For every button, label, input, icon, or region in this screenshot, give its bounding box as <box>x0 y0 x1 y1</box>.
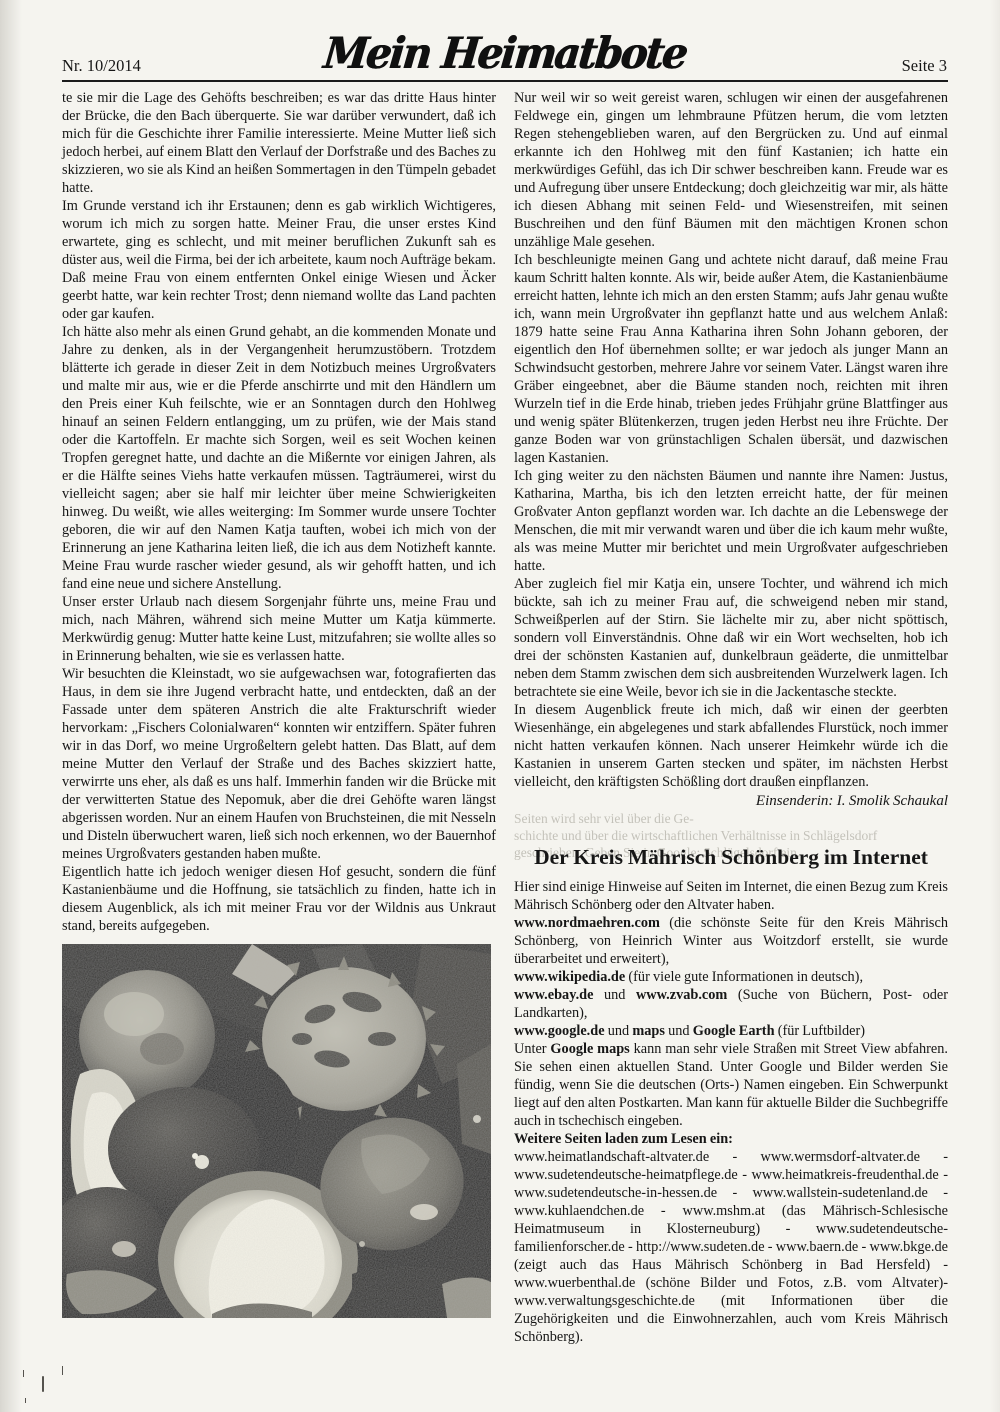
right-column: Nur weil wir so weit gereist waren, schl… <box>514 89 948 1346</box>
header-rule <box>62 80 948 82</box>
section-headline: Der Kreis Mährisch Schönberg im Internet <box>514 844 948 870</box>
scan-artifact <box>23 1370 24 1377</box>
scan-artifact <box>62 1366 63 1375</box>
internet-paragraph: Weitere Seiten laden zum Lesen ein: <box>514 1130 948 1148</box>
right-column-text: Nur weil wir so weit gereist waren, schl… <box>514 89 948 791</box>
internet-paragraph: www.heimatlandschaft-altvater.de - www.w… <box>514 1148 948 1346</box>
article-paragraph: In diesem Augenblick freute ich mich, da… <box>514 701 948 791</box>
article-paragraph: Nur weil wir so weit gereist waren, schl… <box>514 89 948 251</box>
issue-number: Nr. 10/2014 <box>62 56 141 76</box>
internet-paragraph: www.wikipedia.de (für viele gute Informa… <box>514 968 948 986</box>
internet-paragraph: www.google.de und maps und Google Earth … <box>514 1022 948 1040</box>
internet-section-text: Hier sind einige Hinweise auf Seiten im … <box>514 878 948 1346</box>
chestnut-photo-image <box>62 944 491 1318</box>
scan-artifact <box>25 1398 26 1403</box>
show-through-text: Seiten wird sehr viel über die Ge-schich… <box>514 810 948 844</box>
scan-artifact <box>42 1376 44 1392</box>
left-column-text: te sie mir die Lage des Gehöfts beschrei… <box>62 89 496 935</box>
article-columns: te sie mir die Lage des Gehöfts beschrei… <box>62 89 948 1346</box>
article-paragraph: Eigentlich hatte ich jedoch weniger dies… <box>62 863 496 935</box>
show-through-line: schichte und über die wirtschaftlichen V… <box>514 827 948 844</box>
internet-paragraph: Hier sind einige Hinweise auf Seiten im … <box>514 878 948 914</box>
page-number: Seite 3 <box>902 56 947 76</box>
byline: Einsenderin: I. Smolik Schaukal <box>514 792 948 810</box>
newspaper-page: Nr. 10/2014 Mein Heimatbote Seite 3 te s… <box>0 0 1000 1412</box>
show-through-line: Seiten wird sehr viel über die Ge- <box>514 810 948 827</box>
article-paragraph: Im Grunde verstand ich ihr Erstaunen; de… <box>62 197 496 323</box>
chestnut-photo <box>62 944 491 1318</box>
internet-paragraph: www.ebay.de und www.zvab.com (Suche von … <box>514 986 948 1022</box>
masthead-logo: Mein Heimatbote <box>321 28 688 79</box>
internet-paragraph: www.nordmaehren.com (die schönste Seite … <box>514 914 948 968</box>
page-header: Nr. 10/2014 Mein Heimatbote Seite 3 <box>62 28 947 78</box>
article-paragraph: te sie mir die Lage des Gehöfts beschrei… <box>62 89 496 197</box>
article-paragraph: Aber zugleich fiel mir Katja ein, unsere… <box>514 575 948 701</box>
article-paragraph: Unser erster Urlaub nach diesem Sorgenja… <box>62 593 496 665</box>
article-paragraph: Wir besuchten die Kleinstadt, wo sie auf… <box>62 665 496 863</box>
article-paragraph: Ich hätte also mehr als einen Grund geha… <box>62 323 496 593</box>
article-paragraph: Ich ging weiter zu den nächsten Bäumen u… <box>514 467 948 575</box>
article-paragraph: Ich beschleunigte meinen Gang und achtet… <box>514 251 948 467</box>
left-column: te sie mir die Lage des Gehöfts beschrei… <box>62 89 496 1346</box>
internet-paragraph: Unter Google maps kann man sehr viele St… <box>514 1040 948 1130</box>
